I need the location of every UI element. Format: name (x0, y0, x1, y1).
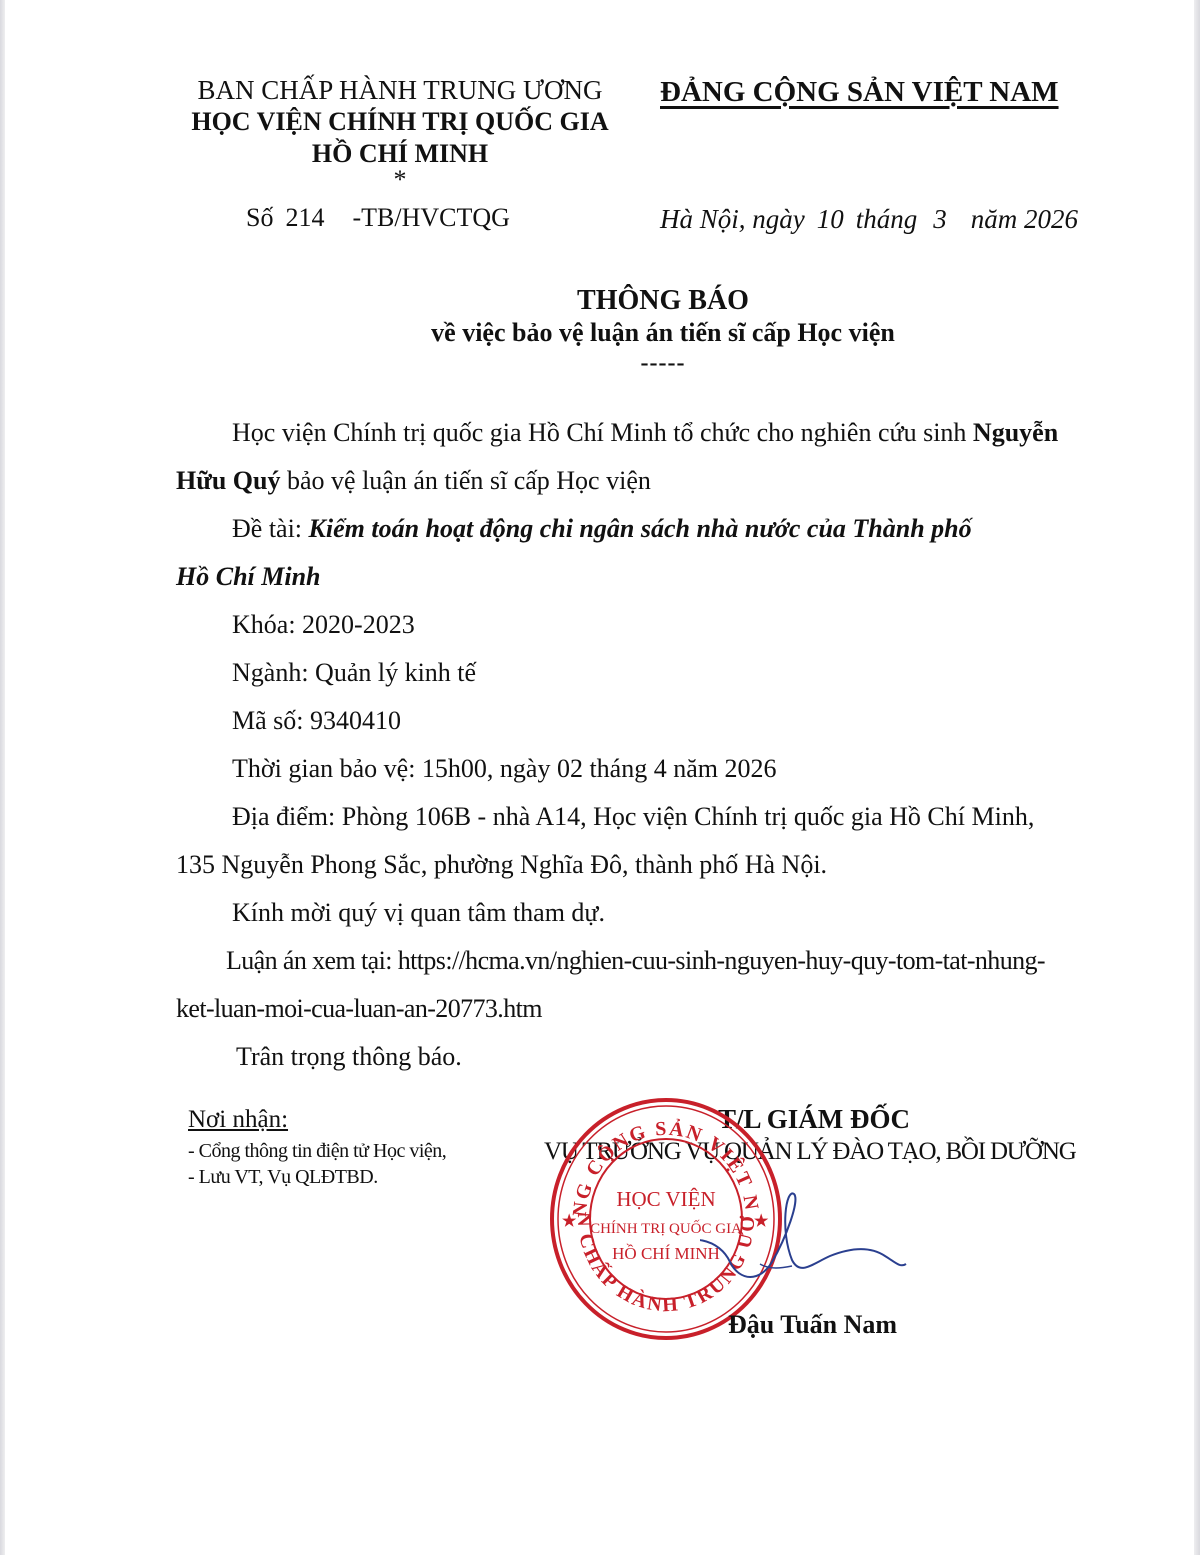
issuing-authority: BAN CHẤP HÀNH TRUNG ƯƠNG HỌC VIỆN CHÍNH … (170, 74, 630, 190)
document-title: THÔNG BÁO (0, 285, 1200, 317)
candidate-name-part2: Hữu Quý (176, 466, 280, 495)
document-number: Số214-TB/HVCTQG (246, 203, 510, 233)
date-month: 3 (933, 204, 947, 234)
authority-line2: HỌC VIỆN CHÍNH TRỊ QUỐC GIA (170, 106, 630, 138)
intro-line1: Học viện Chính trị quốc gia Hồ Chí Minh … (232, 418, 1058, 448)
thesis-link-line2[interactable]: ket-luan-moi-cua-luan-an-20773.htm (176, 994, 542, 1024)
date-day: 10 (817, 204, 844, 234)
date-year: năm 2026 (971, 204, 1078, 234)
title-separator: ----- (0, 350, 1200, 377)
topic-line2: Hồ Chí Minh (176, 562, 321, 592)
document-date: Hà Nội, ngày10tháng3năm 2026 (660, 204, 1078, 235)
topic-label: Đề tài: (232, 514, 302, 543)
thesis-link-line1: Luận án xem tại: https://hcma.vn/nghien-… (226, 946, 1045, 976)
topic-line1: Đề tài: Kiểm toán hoạt động chi ngân sác… (232, 514, 972, 544)
document-subtitle: về việc bảo vệ luận án tiến sĩ cấp Học v… (0, 318, 1200, 348)
page-edge-right (1194, 0, 1200, 1555)
major-code: Mã số: 9340410 (232, 706, 401, 736)
authority-line1: BAN CHẤP HÀNH TRUNG ƯƠNG (170, 74, 630, 106)
defense-time: Thời gian bảo vệ: 15h00, ngày 02 tháng 4… (232, 754, 777, 784)
closing: Trân trọng thông báo. (236, 1042, 462, 1072)
topic-title: Kiểm toán hoạt động chi ngân sách nhà nư… (309, 514, 972, 543)
handwritten-signature-icon (700, 1190, 930, 1300)
number-prefix: Số (246, 203, 273, 232)
major: Ngành: Quản lý kinh tế (232, 658, 476, 688)
signer-name: Đậu Tuấn Nam (728, 1310, 897, 1340)
recipients-title: Nơi nhận: (188, 1106, 288, 1134)
intro-line2: Hữu Quý bảo vệ luận án tiến sĩ cấp Học v… (176, 466, 651, 496)
date-month-label: tháng (856, 204, 918, 234)
number-suffix: -TB/HVCTQG (352, 203, 509, 232)
invitation: Kính mời quý vị quan tâm tham dự. (232, 898, 605, 928)
intro-text-2: bảo vệ luận án tiến sĩ cấp Học viện (287, 466, 651, 495)
location-line2: 135 Nguyễn Phong Sắc, phường Nghĩa Đô, t… (176, 850, 827, 880)
page-edge-left (0, 0, 5, 1555)
party-heading: ĐẢNG CỘNG SẢN VIỆT NAM (660, 76, 1059, 109)
recipient-item: - Cổng thông tin điện tử Học viện, (188, 1140, 446, 1163)
recipient-item: - Lưu VT, Vụ QLĐTBD. (188, 1166, 378, 1189)
number-value: 214 (285, 203, 324, 232)
svg-text:★: ★ (562, 1213, 577, 1230)
course: Khóa: 2020-2023 (232, 610, 415, 640)
date-prefix: Hà Nội, ngày (660, 204, 805, 234)
link-label: Luận án xem tại: (226, 946, 392, 975)
star-mark: * (170, 170, 630, 190)
thesis-link[interactable]: https://hcma.vn/nghien-cuu-sinh-nguyen-h… (398, 946, 1045, 975)
intro-text: Học viện Chính trị quốc gia Hồ Chí Minh … (232, 418, 966, 447)
location-line1: Địa điểm: Phòng 106B - nhà A14, Học viện… (232, 802, 1034, 832)
candidate-name-part1: Nguyễn (973, 418, 1058, 447)
